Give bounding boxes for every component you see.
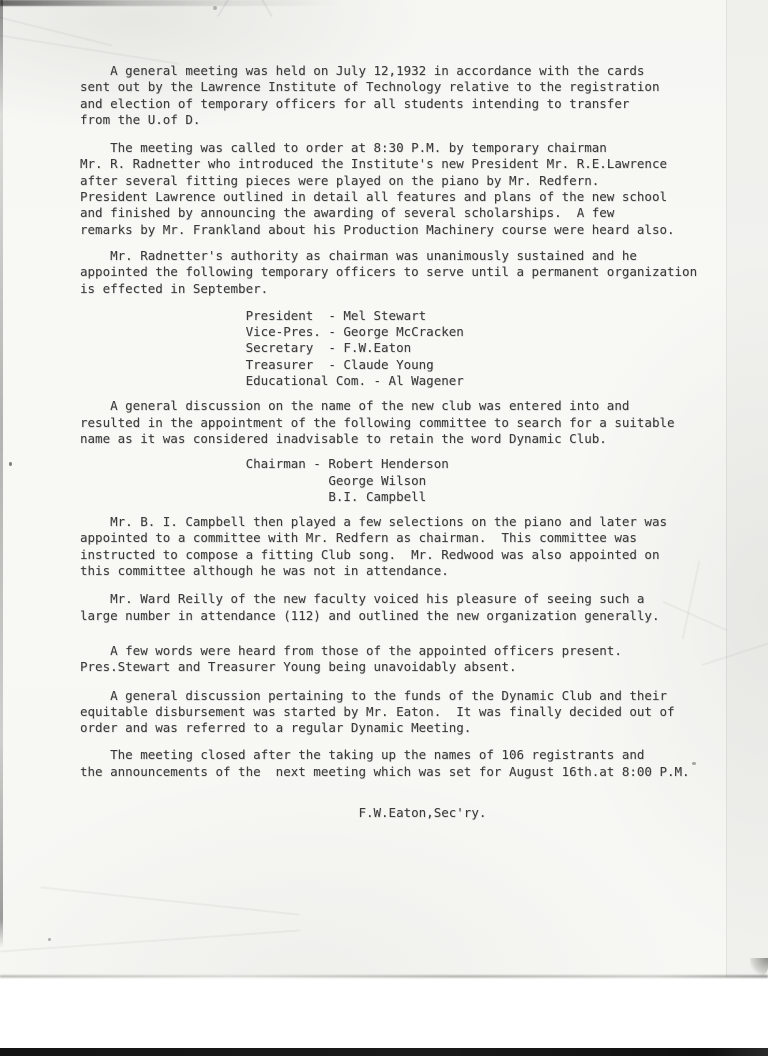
ink-speck — [9, 462, 12, 466]
paragraph-ward-reilly: Mr. Ward Reilly of the new faculty voice… — [80, 591, 768, 624]
paragraph-call-to-order: The meeting was called to order at 8:30 … — [80, 140, 768, 238]
name-committee-list: Chairman - Robert Henderson George Wilso… — [80, 456, 768, 505]
paragraph-opening: A general meeting was held on July 12,19… — [80, 63, 768, 128]
paragraph-closing: The meeting closed after the taking up t… — [80, 747, 768, 780]
left-edge-shadow — [0, 0, 3, 948]
officers-list: President - Mel Stewart Vice-Pres. - Geo… — [80, 308, 768, 389]
ink-speck — [48, 938, 51, 941]
paragraph-club-name: A general discussion on the name of the … — [80, 398, 768, 447]
scanned-page: A general meeting was held on July 12,19… — [0, 0, 768, 1056]
ink-speck — [213, 6, 217, 10]
document-text: A general meeting was held on July 12,19… — [80, 63, 768, 821]
signature: F.W.Eaton,Sec'ry. — [80, 805, 768, 821]
paper-bottom-edge — [0, 975, 768, 978]
paragraph-authority: Mr. Radnetter's authority as chairman wa… — [80, 248, 768, 297]
paragraph-campbell-piano: Mr. B. I. Campbell then played a few sel… — [80, 514, 768, 579]
paragraph-officers-present: A few words were heard from those of the… — [80, 643, 768, 676]
paragraph-funds: A general discussion pertaining to the f… — [80, 688, 768, 737]
top-edge-shadow — [0, 0, 340, 6]
scanner-black-bar — [0, 1048, 768, 1056]
